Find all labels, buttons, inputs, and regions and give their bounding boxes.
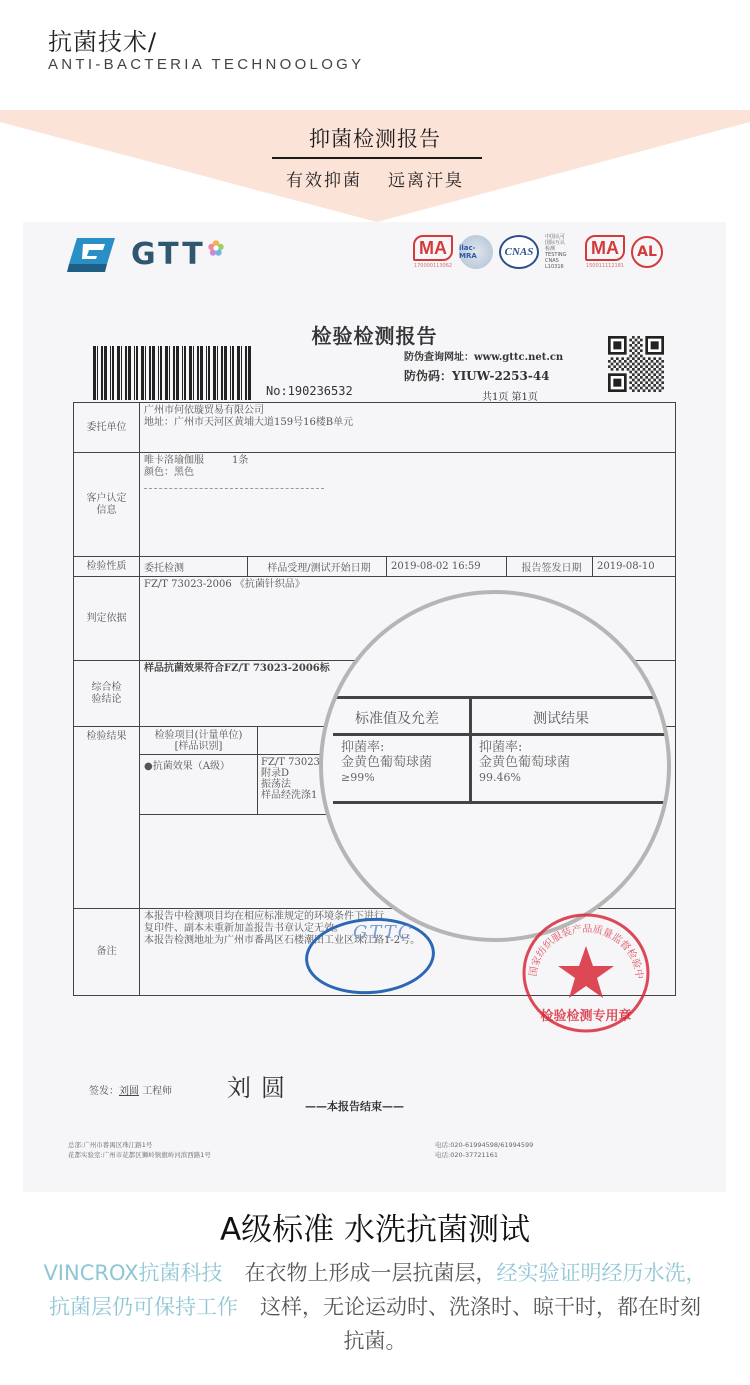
label-basis: 判定依据 — [74, 577, 140, 660]
gtt-flower-icon — [208, 240, 224, 256]
cma-badge: MA 170000113062 — [413, 235, 453, 269]
banner-divider — [272, 157, 482, 159]
row-test-nature: 检验性质 委托检测 样品受理/测试开始日期 2019-08-02 16:59 报… — [74, 557, 675, 577]
qr-code-icon — [608, 336, 664, 392]
page-count: 共1页 第1页 — [482, 388, 563, 403]
issue-date-label: 报告签发日期 — [507, 557, 593, 576]
tagline-2: 远离汗臭 — [388, 171, 464, 191]
result-value: 抑菌率: 金黄色葡萄球菌 99.46% — [479, 740, 570, 785]
row-customer-info: 客户认定信息 唯卡洛瑜伽服1条 颜色：黑色 — [74, 453, 675, 557]
banner-title: 抑菌检测报告 — [0, 123, 750, 153]
sample-info: 唯卡洛瑜伽服1条 颜色：黑色 — [144, 455, 248, 479]
verification-info: 防伪查询网址：www.gttc.net.cn 防伪码：YIUW-2253-44 … — [404, 348, 563, 403]
received-date-value: 2019-08-02 16:59 — [387, 557, 507, 576]
banner-tagline: 有效抑菌远离汗臭 — [0, 166, 750, 191]
tagline-1: 有效抑菌 — [286, 171, 362, 191]
issue-date-value: 2019-08-10 — [593, 557, 677, 576]
highlight-brand: VINCROX抗菌科技 — [43, 1261, 222, 1285]
dashed-divider — [144, 488, 324, 489]
barcode-icon — [91, 346, 253, 400]
bottom-title: A级标准 水洗抗菌测试 — [0, 1204, 750, 1249]
received-date-label: 样品受理/测试开始日期 — [248, 557, 387, 576]
test-nature-value: 委托检测 — [140, 557, 248, 576]
standard-value: 抑菌率: 金黄色葡萄球菌 ≥99% — [341, 740, 432, 785]
gtt-logo: GTT — [67, 237, 224, 272]
cnas-badge: CNAS — [499, 235, 539, 269]
label-results: 检验结果 — [74, 727, 140, 908]
report-number: No:190236532 — [266, 384, 353, 398]
item-value: ●抗菌效果（A级） — [140, 755, 258, 815]
footer-addresses: 总部:广州市番禺区珠江路1号 花都实验室:广州市花都区狮岭镇旗岭河滨西路1号 — [68, 1140, 211, 1160]
basis-value: FZ/T 73023-2006 《抗菌针织品》 — [144, 579, 305, 591]
footer-phones: 电话:020-61994598/61994599 电话:020-37721161 — [435, 1140, 533, 1160]
label-customer-info: 客户认定信息 — [74, 453, 140, 556]
section-title: 抗菌技术/ — [48, 22, 157, 57]
result-header: 测试结果 — [533, 708, 589, 728]
blue-stamp-text: GTTC — [353, 922, 414, 943]
label-conclusion: 综合检验结论 — [74, 661, 140, 726]
gtt-mark-icon — [67, 238, 115, 272]
gtt-logo-text: GTT — [131, 237, 206, 272]
cnas-testing-label: 中国认可 国际互认 检测 TESTING CNAS L10316 — [545, 234, 579, 270]
item-header: 检验项目(计量单位) [样品识别] — [140, 727, 258, 755]
certification-badges: MA 170000113062 ilac-MRA CNAS 中国认可 国际互认 … — [413, 234, 663, 270]
row-client: 委托单位 广州市何依璇贸易有限公司 地址：广州市天河区黄埔大道159号16楼B单… — [74, 403, 675, 453]
svg-text:检验检测专用章: 检验检测专用章 — [540, 1008, 631, 1024]
verify-url: 防伪查询网址：www.gttc.net.cn — [404, 348, 563, 363]
magnified-result-callout: 标准值及允差 测试结果 抑菌率: 金黄色葡萄球菌 ≥99% 抑菌率: 金黄色葡萄… — [319, 590, 671, 942]
bottom-description: VINCROX抗菌科技在衣物上形成一层抗菌层，经实验证明经历水洗，抗菌层仍可保持… — [40, 1256, 710, 1358]
client-info: 广州市何依璇贸易有限公司 地址：广州市天河区黄埔大道159号16楼B单元 — [144, 405, 353, 429]
cma-badge-2: MA 150011112181 — [585, 235, 625, 269]
label-remarks: 备注 — [74, 909, 140, 995]
label-client: 委托单位 — [74, 403, 140, 452]
red-official-seal-icon: 国家纺织服装产品质量监督检验中心(广州) 检验检测专用章 — [518, 910, 654, 1036]
section-subtitle: ANTI-BACTERIA TECHNOOLOGY — [48, 56, 364, 73]
test-report-document: GTT MA 170000113062 ilac-MRA CNAS 中国认可 国… — [23, 222, 726, 1192]
ilac-mra-badge: ilac-MRA — [459, 235, 493, 269]
report-end-marker: ——本报告结束—— — [305, 1098, 404, 1114]
cal-badge: AL — [631, 236, 663, 268]
label-test-nature: 检验性质 — [74, 557, 140, 576]
verify-code: 防伪码：YIUW-2253-44 — [404, 367, 563, 384]
standard-header: 标准值及允差 — [355, 708, 439, 728]
signoff: 签发：刘圆 工程师 — [89, 1082, 172, 1097]
conclusion-value: 样品抗菌效果符合FZ/T 73023-2006标 — [144, 663, 330, 675]
handwritten-signature: 刘圆 — [227, 1068, 295, 1103]
